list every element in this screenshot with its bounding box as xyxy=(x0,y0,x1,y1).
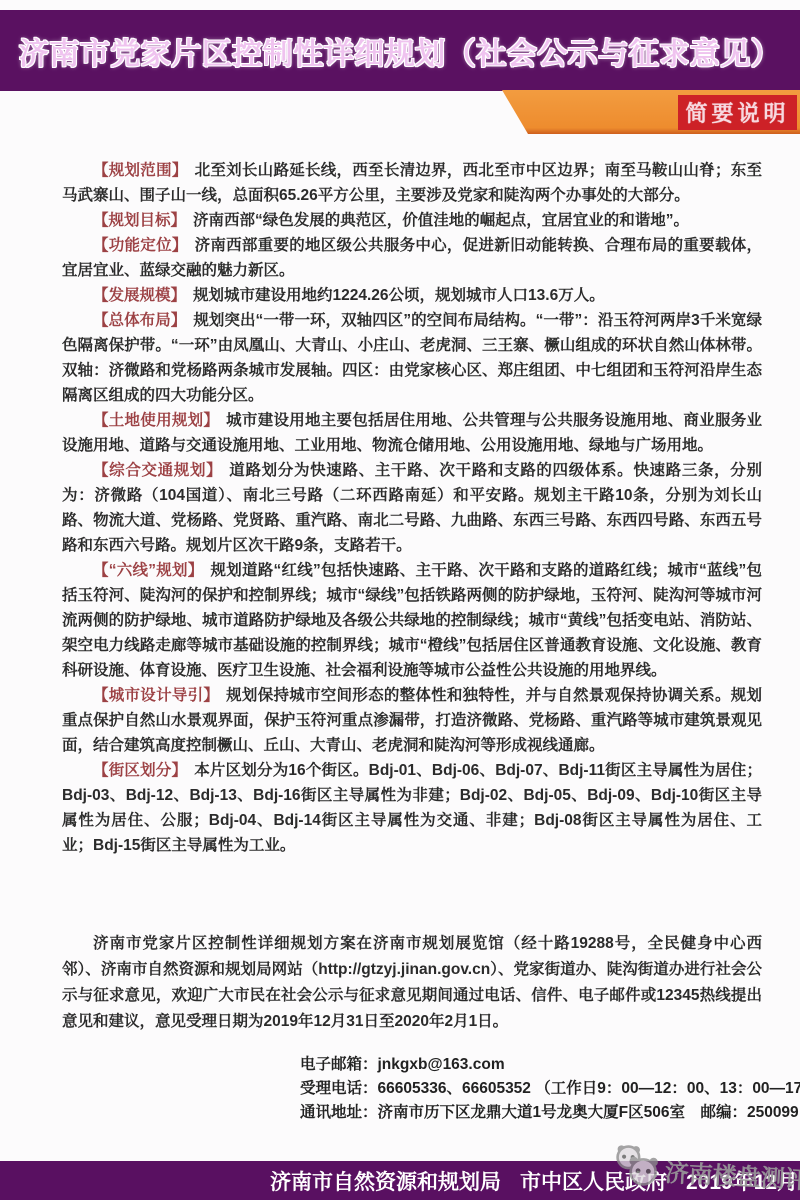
section-paragraph: 【发展规模】规划城市建设用地约1224.26公顷，规划城市人口13.6万人。 xyxy=(62,283,762,308)
page-title: 济南市党家片区控制性详细规划（社会公示与征求意见） xyxy=(19,29,782,73)
section-paragraph: 【规划目标】济南西部“绿色发展的典范区，价值洼地的崛起点，宜居宜业的和谐地”。 xyxy=(62,208,762,233)
watermark-text: 济南楼盘测评 xyxy=(664,1153,800,1195)
contact-block: 电子邮箱：jnkgxb@163.com 受理电话：66605336、666053… xyxy=(300,1053,800,1125)
contact-address-line: 通讯地址：济南市历下区龙鼎大道1号龙奥大厦F区506室 邮编：250099 xyxy=(300,1101,800,1125)
header-banner: 济南市党家片区控制性详细规划（社会公示与征求意见） xyxy=(0,10,800,91)
panda-logo-icon xyxy=(609,1140,664,1198)
section-paragraph: 【“六线”规划】规划道路“红线”包括快速路、主干路、次干路和支路的道路红线；城市… xyxy=(62,558,762,683)
summary-tag-label: 简要说明 xyxy=(685,97,789,128)
section-label: 【城市设计导引】 xyxy=(93,687,219,704)
plan-summary-body: 【规划范围】北至刘长山路延长线，西至长清边界，西北至市中区边界；南至马鞍山山脊；… xyxy=(62,158,762,858)
public-comment-notice: 济南市党家片区控制性详细规划方案在济南市规划展览馆（经十路19288号，全民健身… xyxy=(62,931,762,1035)
notice-poster: 济南市党家片区控制性详细规划（社会公示与征求意见） 简要说明 【规划范围】北至刘… xyxy=(0,0,800,1200)
section-paragraph: 【功能定位】济南西部重要的地区级公共服务中心，促进新旧动能转换、合理布局的重要载… xyxy=(62,233,762,283)
section-paragraph: 【总体布局】规划突出“一带一环，双轴四区”的空间布局结构。“一带”：沿玉符河两岸… xyxy=(62,308,762,408)
section-label: 【功能定位】 xyxy=(93,237,188,254)
summary-tag: 简要说明 xyxy=(678,95,797,130)
section-label: 【“六线”规划】 xyxy=(93,562,204,579)
section-label: 【综合交通规划】 xyxy=(93,462,222,479)
contact-email-line: 电子邮箱：jnkgxb@163.com xyxy=(300,1053,800,1077)
contact-phone-line: 受理电话：66605336、66605352 （工作日9：00—12：00、13… xyxy=(300,1077,800,1101)
section-label: 【规划目标】 xyxy=(93,212,186,229)
section-label: 【发展规模】 xyxy=(93,287,186,304)
section-label: 【土地使用规划】 xyxy=(93,412,219,429)
section-text: 规划道路“红线”包括快速路、主干路、次干路和支路的道路红线；城市“蓝线”包括玉符… xyxy=(62,562,762,679)
section-label: 【总体布局】 xyxy=(93,312,186,329)
section-label: 【街区划分】 xyxy=(93,762,187,779)
watermark: 济南楼盘测评 xyxy=(609,1140,800,1200)
section-text: 规划城市建设用地约1224.26公顷，规划城市人口13.6万人。 xyxy=(193,287,605,304)
section-label: 【规划范围】 xyxy=(93,162,188,179)
section-paragraph: 【规划范围】北至刘长山路延长线，西至长清边界，西北至市中区边界；南至马鞍山山脊；… xyxy=(62,158,762,208)
section-text: 济南西部“绿色发展的典范区，价值洼地的崛起点，宜居宜业的和谐地”。 xyxy=(193,212,689,229)
section-paragraph: 【街区划分】本片区划分为16个街区。Bdj-01、Bdj-06、Bdj-07、B… xyxy=(62,758,762,858)
section-paragraph: 【城市设计导引】规划保持城市空间形态的整体性和独特性，并与自然景观保持协调关系。… xyxy=(62,683,762,758)
section-paragraph: 【土地使用规划】城市建设用地主要包括居住用地、公共管理与公共服务设施用地、商业服… xyxy=(62,408,762,458)
footer-org-natural-resources: 济南市自然资源和规划局 xyxy=(270,1166,501,1196)
section-paragraph: 【综合交通规划】道路划分为快速路、主干路、次干路和支路的四级体系。快速路三条，分… xyxy=(62,458,762,558)
